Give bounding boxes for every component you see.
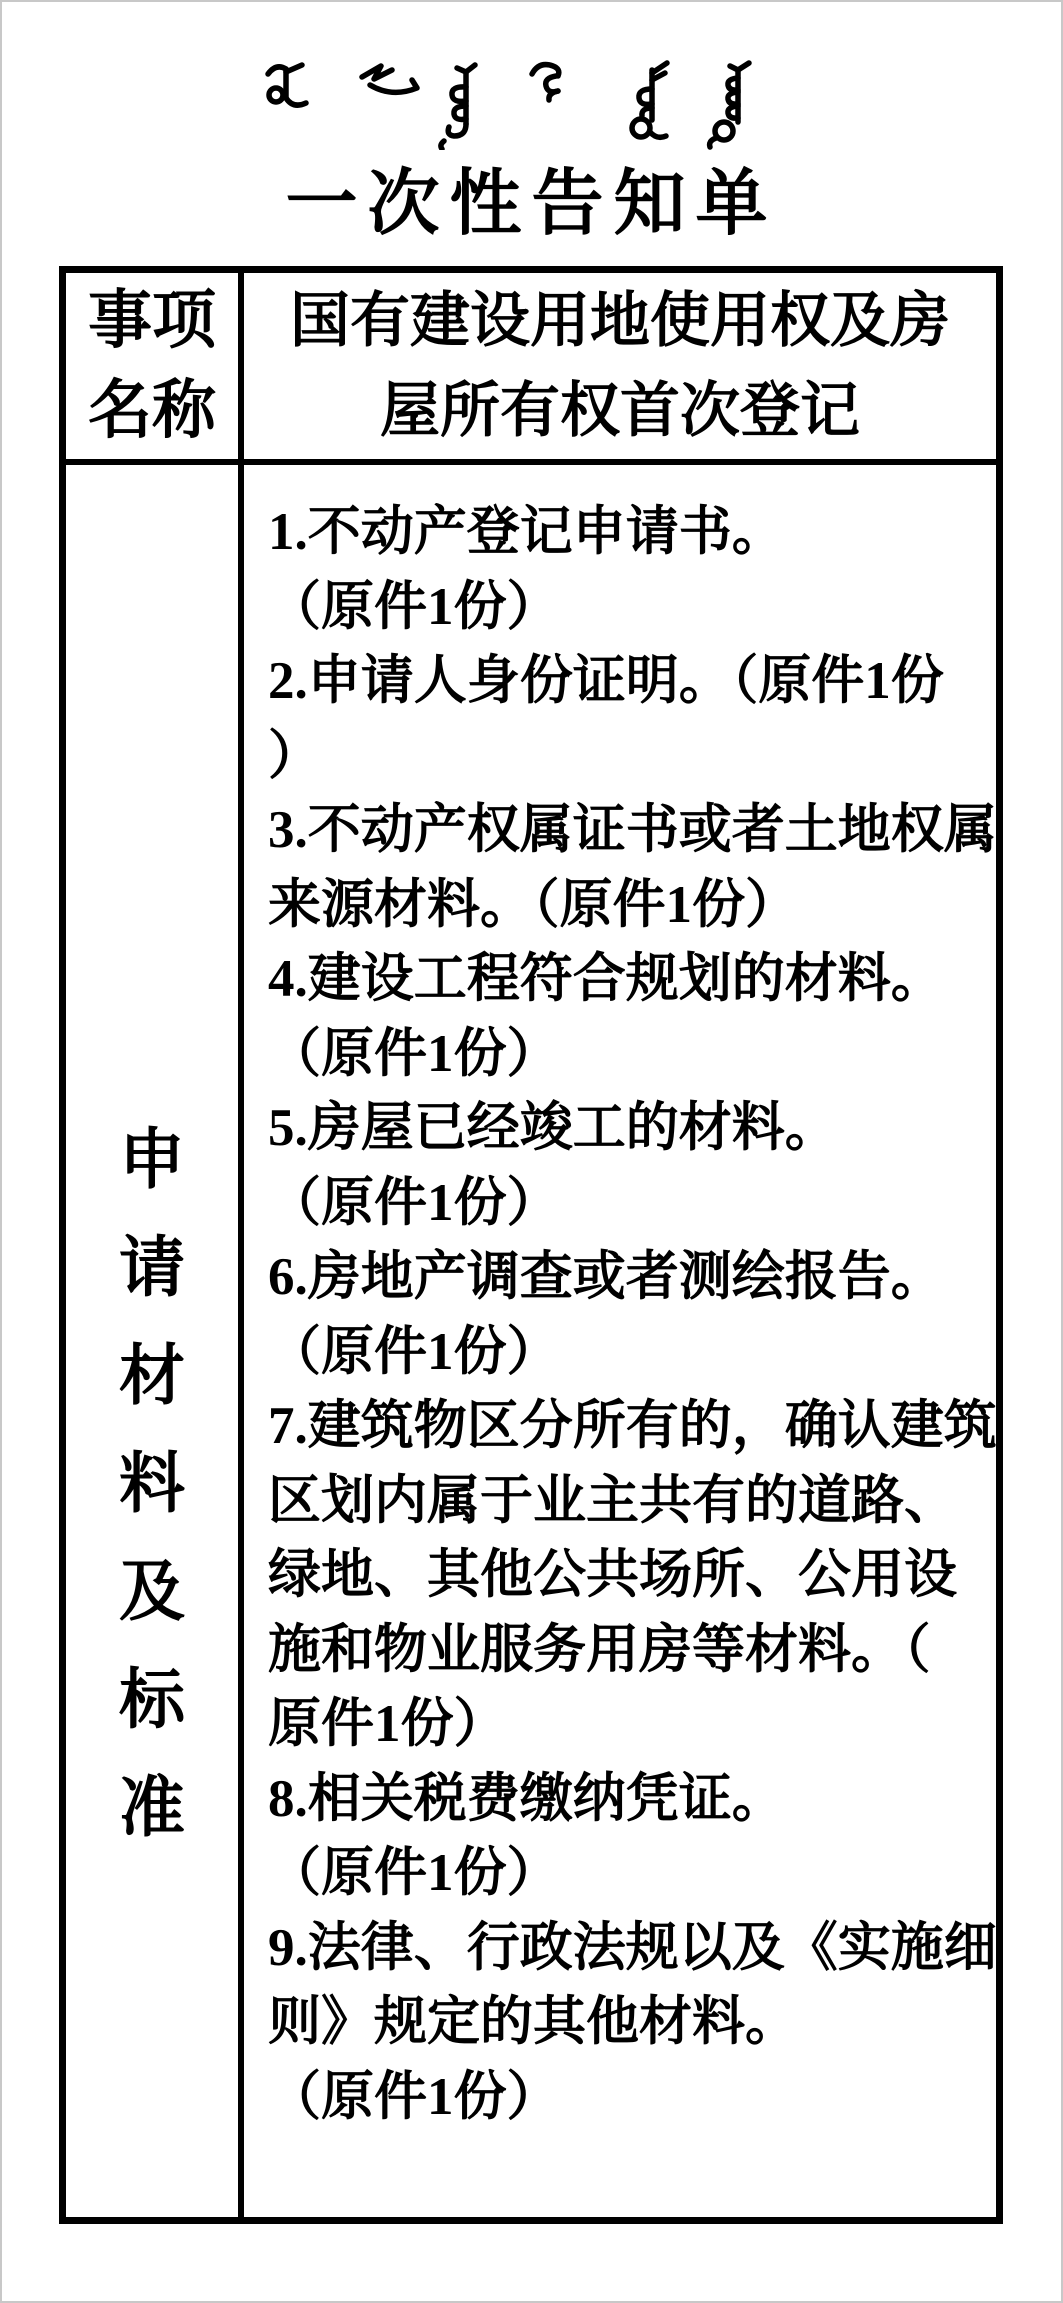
materials-label-char: 准 bbox=[119, 1775, 185, 1843]
materials-line: 绿地、其他公共场所、公用设 bbox=[268, 1538, 990, 1613]
document-page: 一次性告知单 事项名称 国有建设用地使用权及房屋所有权首次登记 申请材料及标准 … bbox=[0, 0, 1063, 2303]
item-name-value-cell: 国有建设用地使用权及房屋所有权首次登记 bbox=[244, 273, 996, 459]
materials-list-cell: 1.不动产登记申请书。（原件1份）2.申请人身份证明。（原件1份）3.不动产权属… bbox=[244, 465, 996, 2217]
materials-label-char: 材 bbox=[119, 1343, 185, 1411]
materials-line: 3.不动产权属证书或者土地权属 bbox=[268, 793, 990, 868]
notice-table: 事项名称 国有建设用地使用权及房屋所有权首次登记 申请材料及标准 1.不动产登记… bbox=[59, 266, 1003, 2224]
page-title: 一次性告知单 bbox=[2, 168, 1061, 240]
materials-line: 6.房地产调查或者测绘报告。 bbox=[268, 1240, 990, 1315]
materials-label-char: 请 bbox=[119, 1235, 185, 1303]
item-name-value-line: 屋所有权首次登记 bbox=[380, 366, 860, 456]
item-name-label-line: 名称 bbox=[88, 366, 216, 456]
materials-line: 4.建设工程符合规划的材料。 bbox=[268, 942, 990, 1017]
materials-label-char: 料 bbox=[119, 1451, 185, 1519]
materials-line: 7.建筑物区分所有的，确认建筑 bbox=[268, 1389, 990, 1464]
materials-vertical-label: 申请材料及标准 bbox=[66, 1127, 238, 1843]
materials-label-char: 申 bbox=[119, 1127, 185, 1195]
materials-line: ） bbox=[268, 719, 990, 794]
materials-line: 8.相关税费缴纳凭证。 bbox=[268, 1762, 990, 1837]
materials-line: 9.法律、行政法规以及《实施细 bbox=[268, 1911, 990, 1986]
materials-line: 施和物业服务用房等材料。（ bbox=[268, 1613, 990, 1688]
materials-line: 区划内属于业主共有的道路、 bbox=[268, 1464, 990, 1539]
materials-line: （原件1份） bbox=[268, 2060, 990, 2135]
materials-line: （原件1份） bbox=[268, 1836, 990, 1911]
item-name-label-cell: 事项名称 bbox=[66, 273, 244, 459]
mongolian-script-icon bbox=[260, 58, 760, 150]
materials-line: （原件1份） bbox=[268, 1166, 990, 1241]
materials-line: 原件1份） bbox=[268, 1687, 990, 1762]
materials-line: （原件1份） bbox=[268, 1315, 990, 1390]
materials-line: 5.房屋已经竣工的材料。 bbox=[268, 1091, 990, 1166]
item-name-value-line: 国有建设用地使用权及房 bbox=[290, 276, 950, 366]
materials-line: 则》规定的其他材料。 bbox=[268, 1985, 990, 2060]
materials-label-char: 标 bbox=[119, 1667, 185, 1735]
materials-line: 2.申请人身份证明。（原件1份 bbox=[268, 644, 990, 719]
materials-line: 来源材料。（原件1份） bbox=[268, 868, 990, 943]
materials-label-char: 及 bbox=[119, 1559, 185, 1627]
materials-line: 1.不动产登记申请书。 bbox=[268, 495, 990, 570]
materials-line: （原件1份） bbox=[268, 1017, 990, 1092]
item-name-label-line: 事项 bbox=[88, 276, 216, 366]
materials-line: （原件1份） bbox=[268, 570, 990, 645]
materials-label-cell: 申请材料及标准 bbox=[66, 465, 244, 2217]
table-header-row: 事项名称 国有建设用地使用权及房屋所有权首次登记 bbox=[66, 273, 996, 465]
table-body-row: 申请材料及标准 1.不动产登记申请书。（原件1份）2.申请人身份证明。（原件1份… bbox=[66, 465, 996, 2217]
